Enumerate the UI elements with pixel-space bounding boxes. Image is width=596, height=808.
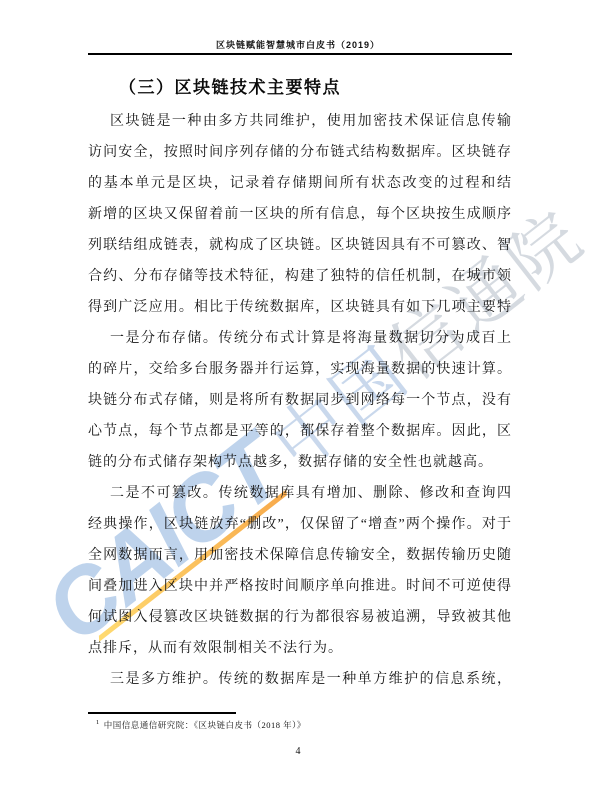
footnote-text: 中国信息通信研究院：《区块链白皮书（2018 年）》 xyxy=(104,720,306,730)
body-line: 心节点，每个节点都是平等的，都保存着整个数据库。因此，区块 xyxy=(88,416,512,447)
body-line: 合约、分布存储等技术特征，构建了独特的信任机制，在城市领域 xyxy=(88,261,512,292)
body-text: 区块链是一种由多方共同维护，使用加密技术保证信息传输和 访问安全，按照时间序列存… xyxy=(88,106,512,695)
body-line: 三是多方维护。传统的数据库是一种单方维护的信息系统，不 xyxy=(88,664,512,695)
body-line: 链的分布式储存架构节点越多，数据存储的安全性也就越高。 xyxy=(88,447,512,478)
paragraph: 一是分布存储。传统分布式计算是将海量数据切分为成百上千 的碎片，交给多台服务器并… xyxy=(88,323,512,478)
body-line: 全网数据而言，用加密技术保障信息传输安全，数据传输历史随时 xyxy=(88,540,512,571)
paragraph: 二是不可篡改。传统数据库具有增加、删除、修改和查询四个 经典操作，区块链放弃“删… xyxy=(88,478,512,664)
header-rule xyxy=(88,53,512,55)
body-line: 经典操作，区块链放弃“删改”，仅保留了“增查”两个操作。对于 xyxy=(88,509,512,540)
running-header-title: 区块链赋能智慧城市白皮书（2019） xyxy=(0,38,596,51)
body-line: 的基本单元是区块，记录着存储期间所有状态改变的过程和结果， xyxy=(88,168,512,199)
page-number: 4 xyxy=(0,746,596,757)
body-line: 点排斥，从而有效限制相关不法行为。 xyxy=(88,633,512,664)
paragraph: 区块链是一种由多方共同维护，使用加密技术保证信息传输和 访问安全，按照时间序列存… xyxy=(88,106,512,323)
body-line: 的碎片，交给多台服务器并行运算，实现海量数据的快速计算。区 xyxy=(88,354,512,385)
body-line: 访问安全，按照时间序列存储的分布链式结构数据库。区块链存储 xyxy=(88,137,512,168)
body-line: 块链分布式存储，则是将所有数据同步到网络每一个节点，没有中 xyxy=(88,385,512,416)
footnote-marker: 1 xyxy=(96,719,100,726)
body-line: 列联结组成链表，就构成了区块链。区块链因具有不可篡改、智能 xyxy=(88,230,512,261)
body-line: 一是分布存储。传统分布式计算是将海量数据切分为成百上千 xyxy=(88,323,512,354)
body-line: 区块链是一种由多方共同维护，使用加密技术保证信息传输和 xyxy=(88,106,512,137)
body-line: 二是不可篡改。传统数据库具有增加、删除、修改和查询四个 xyxy=(88,478,512,509)
footnote: 1中国信息通信研究院：《区块链白皮书（2018 年）》 xyxy=(96,719,506,731)
paragraph: 三是多方维护。传统的数据库是一种单方维护的信息系统，不 xyxy=(88,664,512,695)
document-page: CAICT 中国 信通院 区块链赋能智慧城市白皮书（2019） （三）区块链技术… xyxy=(0,0,596,808)
footnote-separator-rule xyxy=(88,712,236,714)
body-line: 何试图入侵篡改区块链数据的行为都很容易被追溯，导致被其他节 xyxy=(88,602,512,633)
body-line: 得到广泛应用。相比于传统数据库，区块链具有如下几项主要特征¹： xyxy=(88,292,512,323)
body-line: 新增的区块又保留着前一区块的所有信息，每个区块按生成顺序排 xyxy=(88,199,512,230)
body-line: 间叠加进入区块中并严格按时间顺序单向推进。时间不可逆使得任 xyxy=(88,571,512,602)
section-heading: （三）区块链技术主要特点 xyxy=(88,73,512,98)
